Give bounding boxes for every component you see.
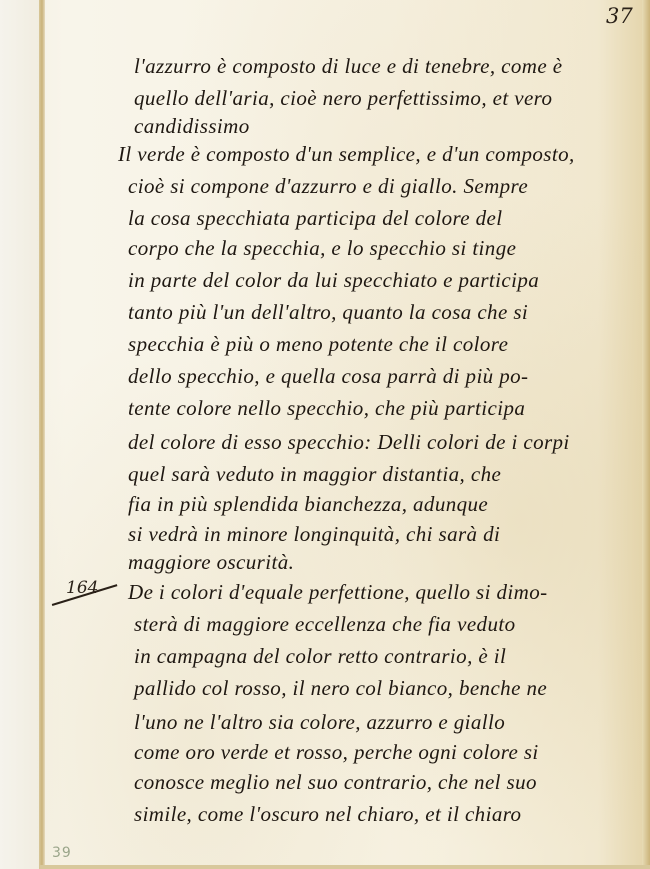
text-line: pallido col rosso, il nero col bianco, b… [134, 678, 547, 699]
text-line: simile, come l'oscuro nel chiaro, et il … [134, 804, 521, 825]
text-line: specchia è più o meno potente che il col… [128, 334, 508, 355]
text-line: cioè si compone d'azzurro e di giallo. S… [128, 176, 528, 197]
text-line: tente colore nello specchio, che più par… [128, 398, 525, 419]
text-line: maggiore oscurità. [128, 552, 294, 573]
text-line: si vedrà in minore longinquità, chi sarà… [128, 524, 500, 545]
text-line: candidissimo [134, 116, 250, 137]
manuscript-page: 37 39 164 l'azzurro è composto di luce e… [0, 0, 650, 869]
text-line: sterà di maggiore eccellenza che fia ved… [134, 614, 515, 635]
text-line: come oro verde et rosso, perche ogni col… [134, 742, 539, 763]
text-line: l'uno ne l'altro sia colore, azzurro e g… [134, 712, 505, 733]
text-line: corpo che la specchia, e lo specchio si … [128, 238, 516, 259]
text-line: in parte del color da lui specchiato e p… [128, 270, 539, 291]
manuscript-text: l'azzurro è composto di luce e di tenebr… [0, 0, 650, 869]
text-line: in campagna del color retto contrario, è… [134, 646, 506, 667]
text-line: dello specchio, e quella cosa parrà di p… [128, 366, 528, 387]
text-line: fia in più splendida bianchezza, adunque [128, 494, 488, 515]
text-line: del colore di esso specchio: Delli color… [128, 432, 570, 453]
text-line: quello dell'aria, cioè nero perfettissim… [134, 88, 552, 109]
text-line: tanto più l'un dell'altro, quanto la cos… [128, 302, 528, 323]
text-line: conosce meglio nel suo contrario, che ne… [134, 772, 537, 793]
text-line: la cosa specchiata participa del colore … [128, 208, 503, 229]
text-line: quel sarà veduto in maggior distantia, c… [128, 464, 501, 485]
text-line: De i colori d'equale perfettione, quello… [128, 582, 548, 603]
text-line: l'azzurro è composto di luce e di tenebr… [134, 56, 562, 77]
text-line: Il verde è composto d'un semplice, e d'u… [118, 144, 575, 165]
